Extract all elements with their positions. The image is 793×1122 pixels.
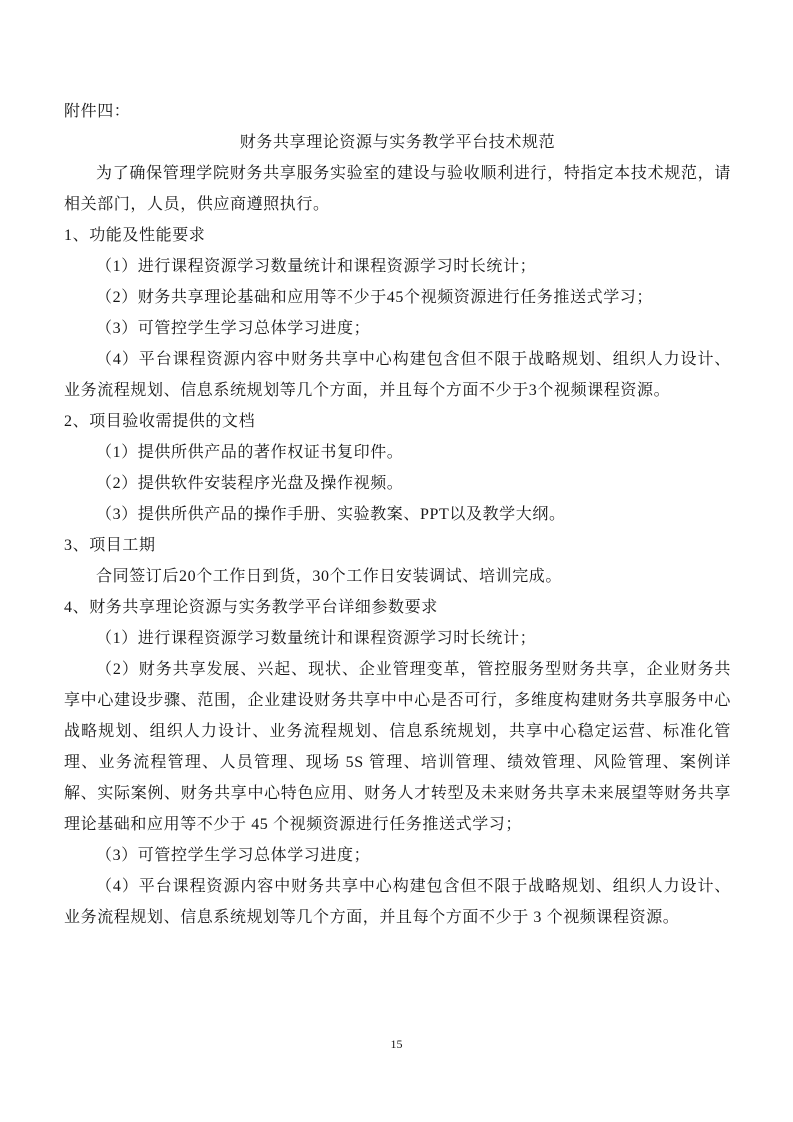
list-item: （4）平台课程资源内容中财务共享中心构建包含但不限于战略规划、组织人力设计、业务…: [64, 344, 731, 406]
section-heading-1: 1、功能及性能要求: [64, 220, 731, 251]
list-item: （1）进行课程资源学习数量统计和课程资源学习时长统计；: [64, 623, 731, 654]
list-item: （3）提供所供产品的操作手册、实验教案、PPT以及教学大纲。: [64, 499, 731, 530]
list-item: （1）提供所供产品的著作权证书复印件。: [64, 437, 731, 468]
list-item: （3）可管控学生学习总体学习进度；: [64, 840, 731, 871]
document-page: 附件四： 财务共享理论资源与实务教学平台技术规范 为了确保管理学院财务共享服务实…: [0, 0, 793, 1122]
list-item: （2）提供软件安装程序光盘及操作视频。: [64, 468, 731, 499]
document-content: 附件四： 财务共享理论资源与实务教学平台技术规范 为了确保管理学院财务共享服务实…: [64, 96, 731, 933]
page-number: 15: [391, 1037, 403, 1051]
document-title: 财务共享理论资源与实务教学平台技术规范: [64, 127, 731, 158]
section-heading-2: 2、项目验收需提供的文档: [64, 406, 731, 437]
section-heading-3: 3、项目工期: [64, 530, 731, 561]
list-item: （1）进行课程资源学习数量统计和课程资源学习时长统计；: [64, 251, 731, 282]
page-footer: 15: [0, 1036, 793, 1052]
list-item: （2）财务共享发展、兴起、现状、企业管理变革，管控服务型财务共享，企业财务共享中…: [64, 654, 731, 840]
section-heading-4: 4、财务共享理论资源与实务教学平台详细参数要求: [64, 592, 731, 623]
list-item: （2）财务共享理论基础和应用等不少于45个视频资源进行任务推送式学习；: [64, 282, 731, 313]
list-item: （4）平台课程资源内容中财务共享中心构建包含但不限于战略规划、组织人力设计、业务…: [64, 871, 731, 933]
intro-paragraph: 为了确保管理学院财务共享服务实验室的建设与验收顺利进行，特指定本技术规范，请相关…: [64, 158, 731, 220]
section-body: 合同签订后20个工作日到货，30个工作日安装调试、培训完成。: [64, 561, 731, 592]
list-item: （3）可管控学生学习总体学习进度；: [64, 313, 731, 344]
attachment-label: 附件四：: [64, 96, 731, 127]
